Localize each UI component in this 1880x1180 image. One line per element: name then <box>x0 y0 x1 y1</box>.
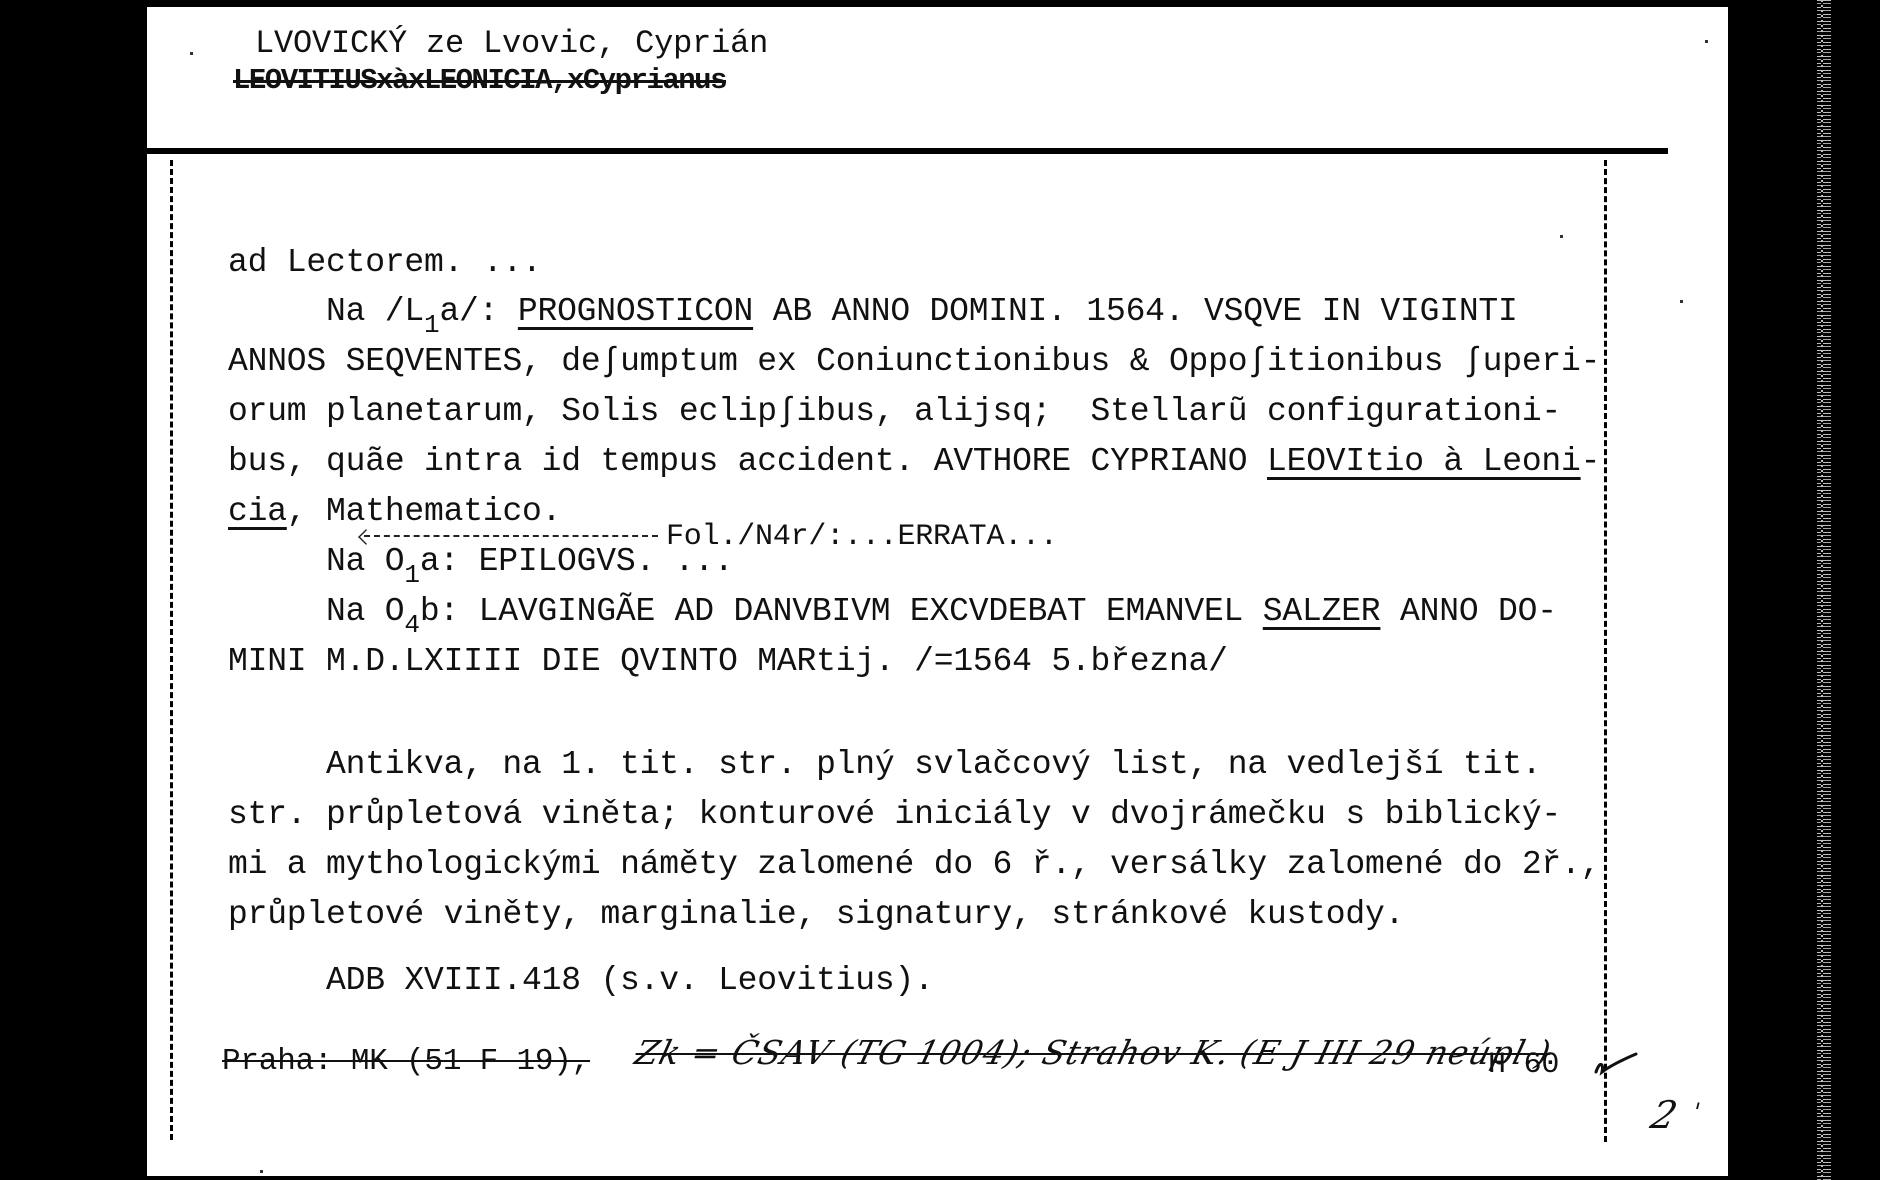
checkmark-icon <box>1592 1050 1638 1078</box>
struck-holding-handwritten: Zk = ČSAV (TG 1004); Strahov K. (E J III… <box>632 1036 1555 1069</box>
body-line-6: cia, Mathematico. <box>228 495 561 528</box>
scan-speck <box>190 52 193 55</box>
struck-holding-typed: Praha: MK (51 F 19), <box>222 1046 590 1077</box>
underlined-author: LEOVItio à Leoni <box>1267 443 1581 480</box>
body-line-8: Na O4b: LAVGINGÃE AD DANVBIVM EXCVDEBAT … <box>326 595 1557 628</box>
scan-edge-noise <box>1817 0 1831 1180</box>
underlined-title: PROGNOSTICON <box>518 293 753 330</box>
body-line-1: ad Lectorem. ... <box>228 246 542 279</box>
text-segment: ANNO DO- <box>1380 593 1556 630</box>
underlined-author-end: cia <box>228 493 287 530</box>
reference-line: ADB XVIII.418 (s.v. Leovitius). <box>326 964 934 997</box>
description-line-4: průpletové viněty, marginalie, signatury… <box>228 898 1404 931</box>
signature-subscript: 1 <box>404 560 419 590</box>
text-segment: , Mathematico. <box>287 493 561 530</box>
left-margin-dashed-line <box>170 160 173 1140</box>
body-line-9: MINI M.D.LXIIII DIE QVINTO MARtij. /=156… <box>228 645 1228 678</box>
signature-subscript: 4 <box>404 610 419 640</box>
scan-speck <box>1705 40 1708 43</box>
body-line-3: ANNOS SEQVENTES, de∫umptum ex Coniunctio… <box>228 345 1600 378</box>
shelfmark: H 60 <box>1488 1050 1559 1080</box>
description-line-1: Antikva, na 1. tit. str. plný svlačcový … <box>326 748 1541 781</box>
arrow-left-icon <box>358 531 658 541</box>
description-line-2: str. průpletová viněta; konturové iniciá… <box>228 798 1561 831</box>
header-rule <box>147 148 1668 154</box>
catalog-card <box>147 7 1728 1176</box>
text-segment: AB ANNO DOMINI. 1564. VSQVE IN VIGINTI <box>753 293 1518 330</box>
scan-speck <box>1560 235 1563 238</box>
card-heading: LVOVICKÝ ze Lvovic, Cyprián <box>255 28 768 60</box>
text-segment: - <box>1581 443 1601 480</box>
body-line-5: bus, quãe intra id tempus accident. AVTH… <box>228 445 1600 478</box>
body-line-7: Na O1a: EPILOGVS. ... <box>326 545 733 578</box>
underlined-printer: SALZER <box>1263 593 1381 630</box>
text-segment: a/: <box>439 293 517 330</box>
text-segment: Na O <box>326 593 404 630</box>
signature-subscript: 1 <box>424 310 439 340</box>
scan-speck <box>260 1170 263 1173</box>
description-line-3: mi a mythologickými náměty zalomené do 6… <box>228 848 1600 881</box>
right-margin-dashed-line <box>1604 160 1607 1142</box>
body-line-4: orum planetarum, Solis eclip∫ibus, alijs… <box>228 395 1561 428</box>
struck-heading: LEOVITIUSxàxLEONICIA,xCyprianus <box>233 66 726 95</box>
body-line-2: Na /L1a/: PROGNOSTICON AB ANNO DOMINI. 1… <box>326 295 1518 328</box>
text-segment: b: LAVGINGÃE AD DANVBIVM EXCVDEBAT EMANV… <box>420 593 1263 630</box>
text-segment: bus, quãe intra id tempus accident. AVTH… <box>228 443 1267 480</box>
text-segment: a: EPILOGVS. ... <box>420 543 734 580</box>
text-segment: Na O <box>326 543 404 580</box>
text-segment: Na /L <box>326 293 424 330</box>
scan-speck <box>1680 300 1683 303</box>
